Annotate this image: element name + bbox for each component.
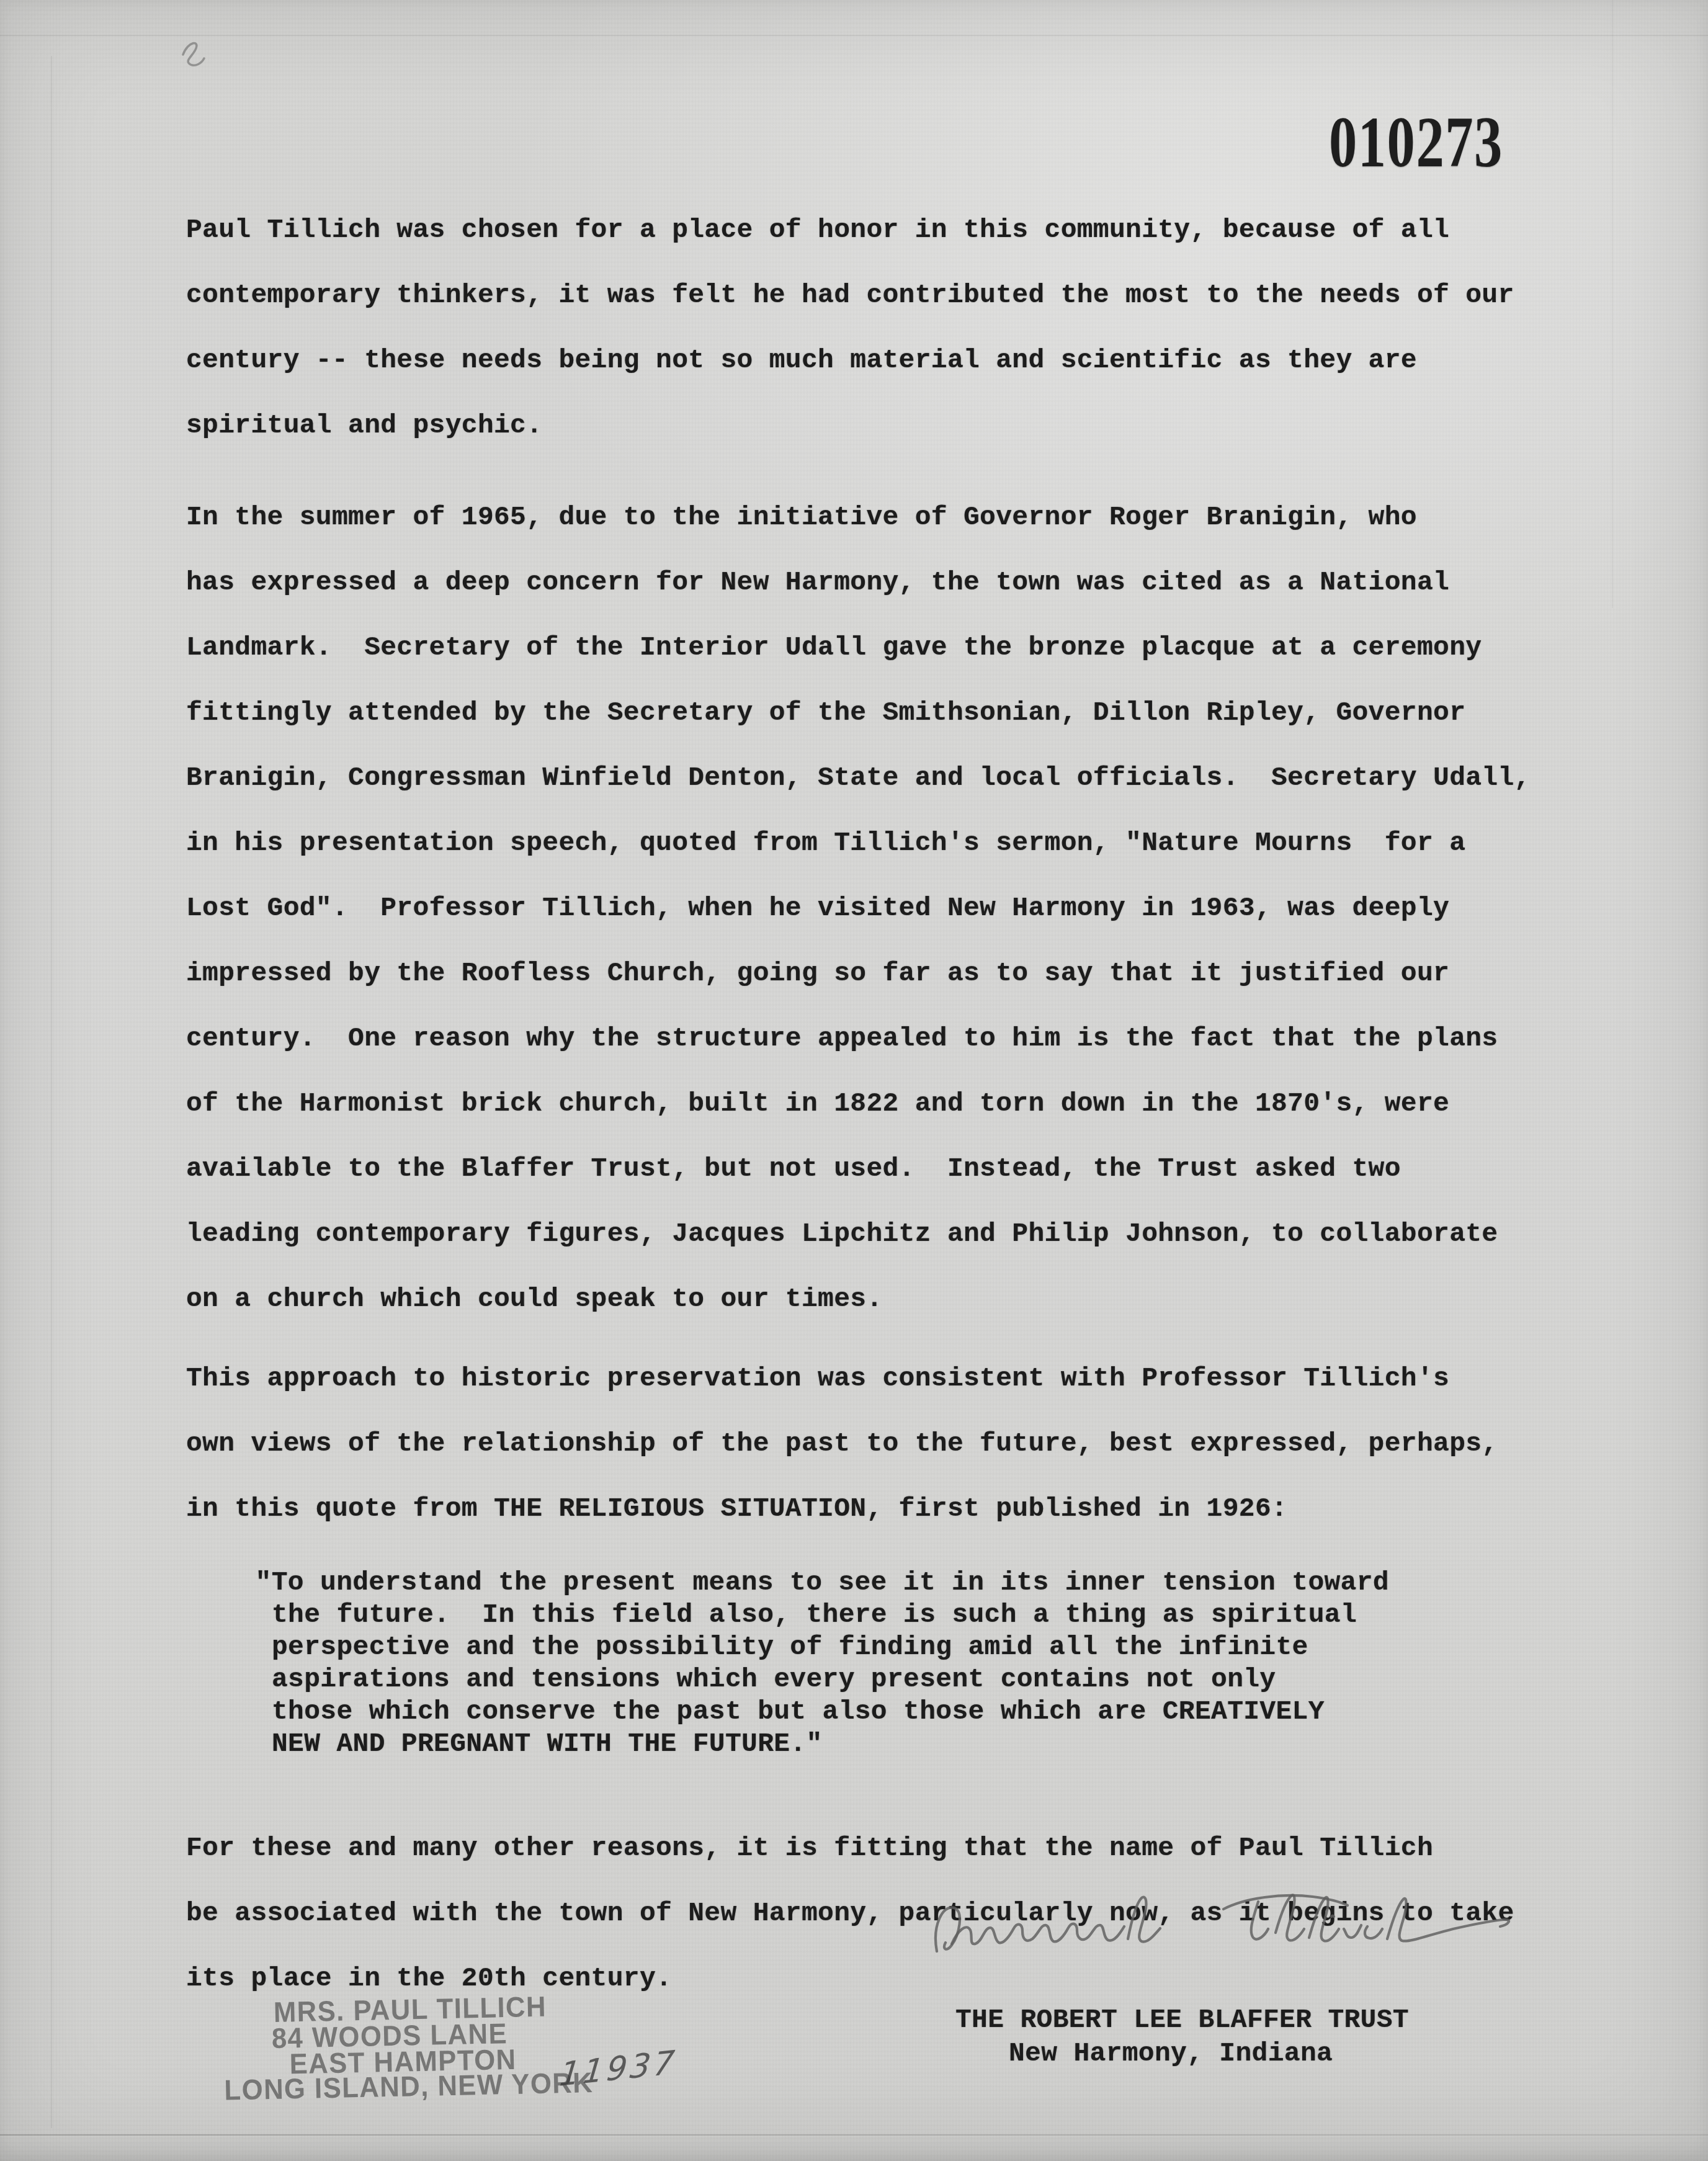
paragraph-1: Paul Tillich was chosen for a place of h… [186, 197, 1514, 458]
typed-text-line: perspective and the possibility of findi… [272, 1631, 1389, 1663]
typed-text-line: NEW AND PREGNANT WITH THE FUTURE." [272, 1728, 1389, 1760]
scan-artifact-right-streak [1612, 0, 1613, 608]
typed-text-line: century -- these needs being not so much… [186, 328, 1514, 393]
typed-text-line: those which conserve the past but also t… [272, 1696, 1389, 1728]
scan-artifact-left-edge [51, 56, 52, 2128]
typed-text-line: in his presentation speech, quoted from … [186, 810, 1531, 875]
typed-text-line: This approach to historic preservation w… [186, 1346, 1498, 1411]
address-stamp: MRS. PAUL TILLICH 84 WOODS LANE EAST HAM… [211, 1975, 710, 2116]
typed-text-line: fittingly attended by the Secretary of t… [186, 680, 1531, 745]
typed-text-line: in this quote from THE RELIGIOUS SITUATI… [186, 1476, 1498, 1541]
closing-location: New Harmony, Indiana [1009, 2040, 1333, 2067]
typed-text-line: century. One reason why the structure ap… [186, 1006, 1531, 1071]
blockquote-religious-situation: "To understand the present means to see … [272, 1567, 1389, 1760]
typed-text-line: on a church which could speak to our tim… [186, 1266, 1531, 1331]
closing-organization: THE ROBERT LEE BLAFFER TRUST [955, 2007, 1409, 2033]
typed-text-line: available to the Blaffer Trust, but not … [186, 1136, 1531, 1201]
folio-number-stamp: 010273 [1329, 107, 1503, 179]
typed-text-line: has expressed a deep concern for New Har… [186, 550, 1531, 615]
typed-text-line: Paul Tillich was chosen for a place of h… [186, 197, 1514, 262]
typed-text-line: leading contemporary figures, Jacques Li… [186, 1201, 1531, 1266]
typed-text-line: the future. In this field also, there is… [272, 1599, 1389, 1631]
scan-artifact-bottom-line [0, 2134, 1708, 2136]
scanned-document-page: 010273 Paul Tillich was chosen for a pla… [0, 0, 1708, 2161]
typed-text-line: spiritual and psychic. [186, 393, 1514, 458]
typed-text-line: contemporary thinkers, it was felt he ha… [186, 262, 1514, 328]
typed-text-line: aspirations and tensions which every pre… [272, 1663, 1389, 1696]
typed-text-line: Lost God". Professor Tillich, when he vi… [186, 875, 1531, 941]
typed-text-line: of the Harmonist brick church, built in … [186, 1071, 1531, 1136]
typed-text-line: own views of the relationship of the pas… [186, 1411, 1498, 1476]
scan-artifact-bottom-shade [0, 2136, 1708, 2161]
typed-text-line: impressed by the Roofless Church, going … [186, 941, 1531, 1006]
typed-text-line: "To understand the present means to see … [256, 1567, 1389, 1599]
address-stamp-line: LONG ISLAND, NEW YORK [224, 2068, 594, 2104]
signature-handwriting [918, 1858, 1526, 1995]
paragraph-3: This approach to historic preservation w… [186, 1346, 1498, 1541]
pencil-scribble-mark [177, 36, 214, 79]
typed-text-line: Branigin, Congressman Winfield Denton, S… [186, 745, 1531, 810]
typed-text-line: Landmark. Secretary of the Interior Udal… [186, 615, 1531, 680]
typed-text-line: In the summer of 1965, due to the initia… [186, 485, 1531, 550]
paragraph-2: In the summer of 1965, due to the initia… [186, 485, 1531, 1331]
scan-artifact-top-line [0, 35, 1708, 36]
